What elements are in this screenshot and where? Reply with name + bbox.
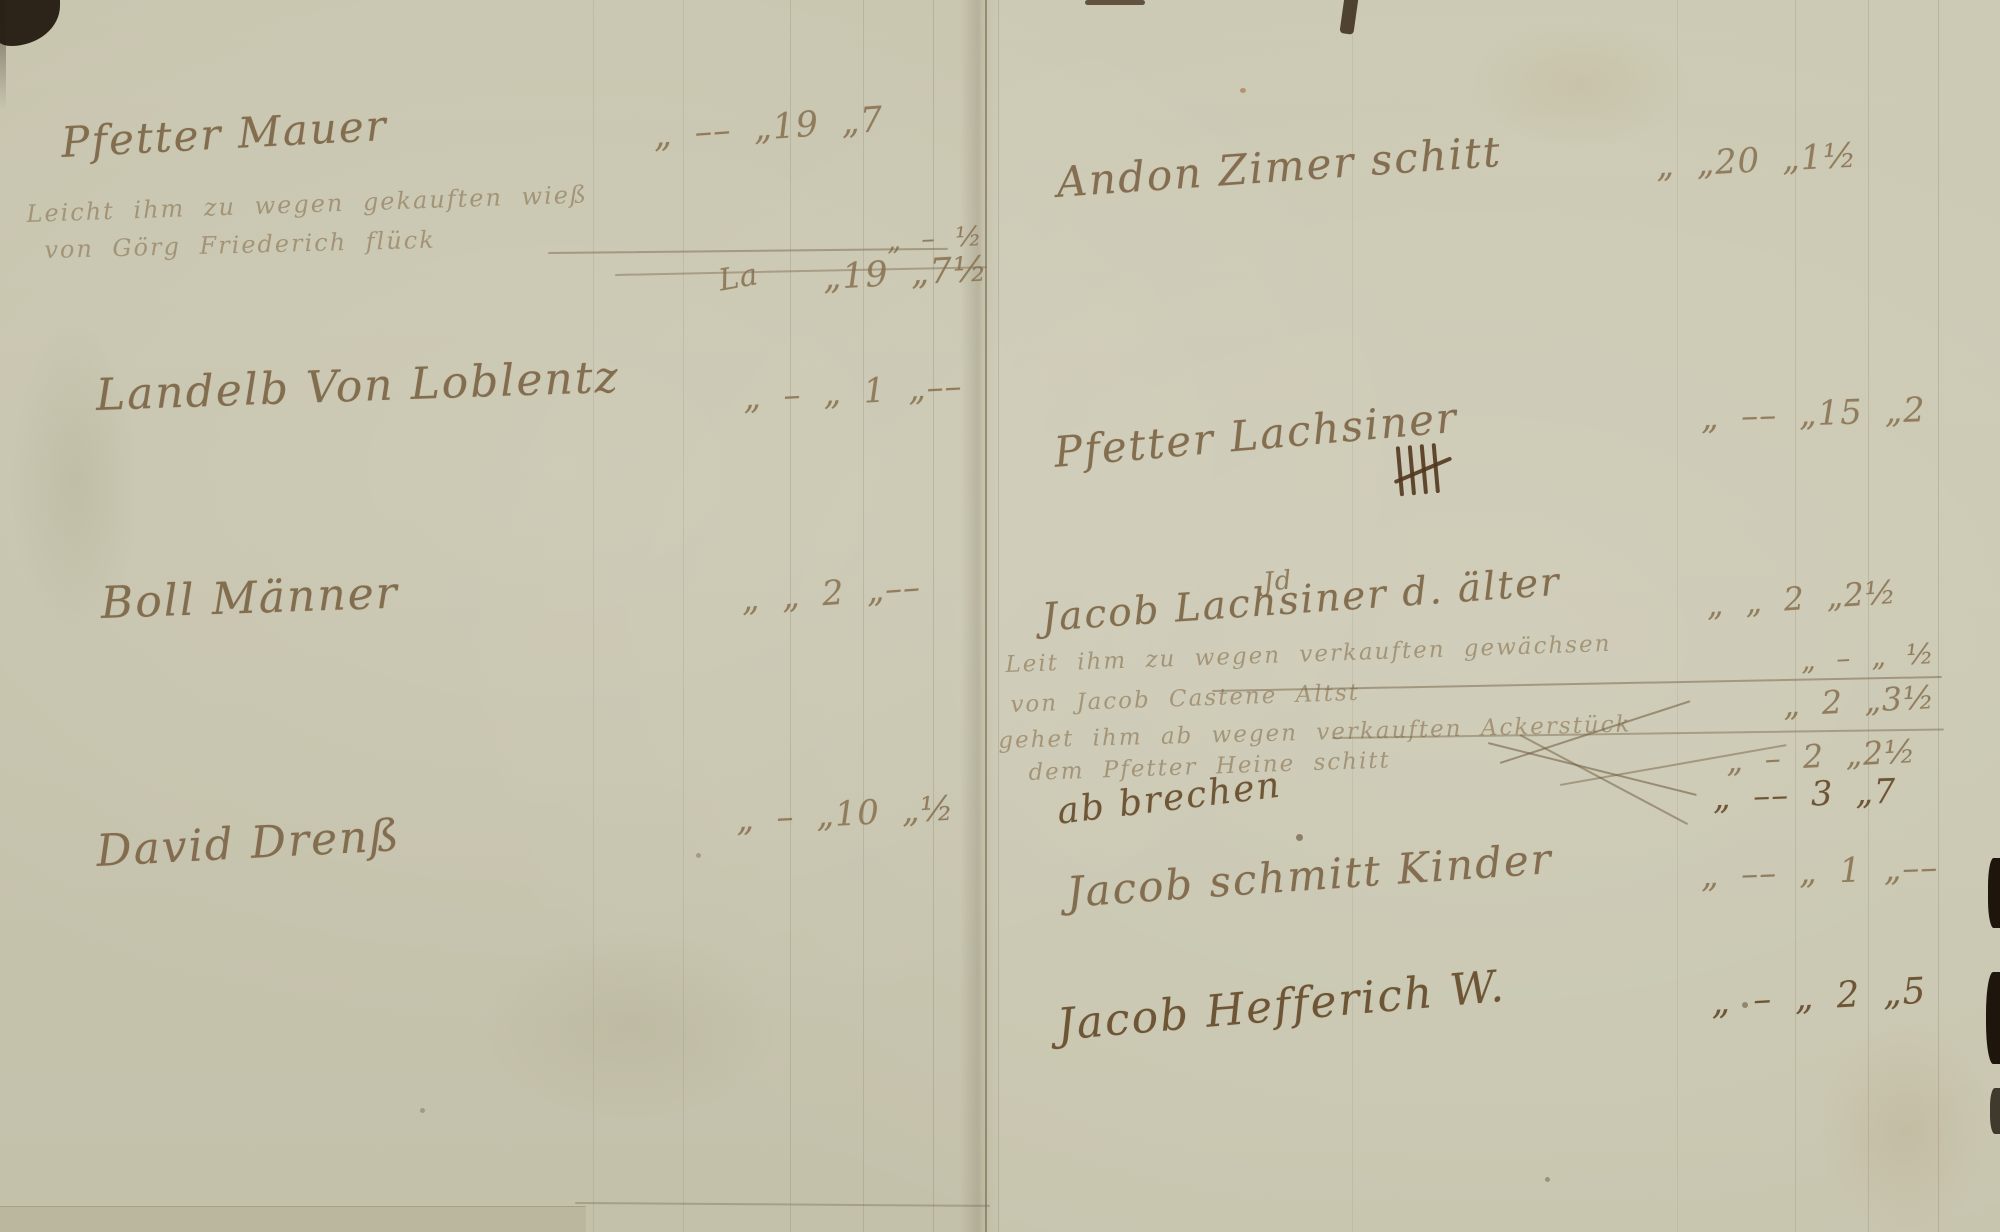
paper-speck [1240,88,1246,93]
bottom-fold-line [575,1202,990,1207]
manuscript-spread: Pfetter Mauer „ –– „19 „7 Leicht ihm zu … [0,0,2000,1232]
scan-corner-shadow [0,0,60,46]
stain [1820,1020,1990,1232]
paper-speck [1296,834,1303,841]
gutter-shadow [960,0,1000,1232]
stain [480,930,780,1120]
entry-note-amount: „ 2 „3½ [1782,678,1936,724]
entry-note-amount: „ –– 3 „7 [1712,772,1897,818]
entry-name: Boll Männer [100,568,400,629]
entry-name: David Drenß [95,810,402,877]
gutter-line [985,0,987,1232]
entry-amount: „ –– „15 „2 [1700,390,1926,438]
scan-edge-mark [1085,0,1145,5]
tally-marks-icon [1396,442,1456,501]
entry-note: Leicht ihm zu wegen gekauften wieß [26,180,588,228]
entry-amount: „ – „10 „½ [735,789,955,840]
scan-edge-shadow [0,0,6,110]
entry-name: Landelb Von Loblentz [95,352,620,421]
stain [1470,20,1690,150]
entry-amount: „ – „ 1 „–– [742,367,964,418]
paper-speck [1545,1177,1550,1182]
column-line [933,0,934,1232]
bottom-page-band [0,1206,586,1232]
entry-note-amount: „ – „ ½ [1800,637,1935,677]
paper-speck [420,1108,425,1113]
sum-prefix: La [716,257,761,298]
binding-mark [1988,858,2000,928]
paper-speck [696,853,701,858]
stain [10,320,140,640]
binding-mark [1990,1088,2000,1134]
gutter-line-secondary [998,0,999,1232]
paper-speck [1742,1002,1748,1008]
entry-note: von Görg Friederich flück [44,226,436,264]
entry-amount: „ „ 2 „–– [740,567,922,619]
entry-amount: „ –– „ 1 „–– [1700,848,1939,896]
entry-name: Pfetter Mauer [60,101,389,167]
column-line [863,0,864,1232]
binding-mark [1986,972,2000,1064]
entry-amount: „ –– „19 „7 [652,100,885,156]
